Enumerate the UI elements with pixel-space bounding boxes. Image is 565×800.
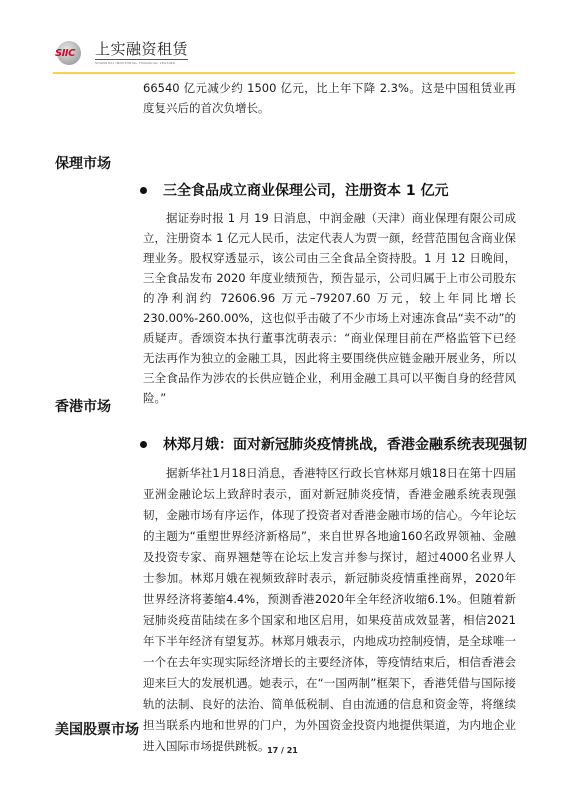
article-body-hongkong: 据新华社1月18日消息，香港特区行政长官林郑月娥18日在第十四届亚洲金融论坛上致… xyxy=(143,463,516,757)
intro-paragraph: 66540 亿元减少约 1500 亿元，比上年下降 2.3%。这是中国租赁业再度… xyxy=(143,78,516,118)
header-divider xyxy=(53,72,515,74)
headline-text: 林郑月娥：面对新冠肺炎疫情挑战，香港金融系统表现强韧 xyxy=(163,434,527,454)
headline-text: 三全食品成立商业保理公司，注册资本 1 亿元 xyxy=(163,180,449,200)
company-name-en: SHANGHAI INDUSTRIAL FINANCIAL LEASING xyxy=(95,61,188,65)
company-name-cn: 上实融资租赁 xyxy=(95,41,188,60)
article-body-factoring: 据证券时报 1 月 19 日消息，中润金融（天津）商业保理有限公司成立，注册资本… xyxy=(143,208,516,408)
section-title-factoring: 保理市场 xyxy=(55,153,111,173)
bullet-icon xyxy=(140,441,147,448)
company-logo: SIIC 上实融资租赁 SHANGHAI INDUSTRIAL FINANCIA… xyxy=(53,38,188,68)
bullet-icon xyxy=(140,187,147,194)
logo-wordmark: 上实融资租赁 SHANGHAI INDUSTRIAL FINANCIAL LEA… xyxy=(95,41,188,65)
article-headline-factoring: 三全食品成立商业保理公司，注册资本 1 亿元 xyxy=(143,180,449,200)
page-number: 17 / 21 xyxy=(0,746,565,755)
article-headline-hongkong: 林郑月娥：面对新冠肺炎疫情挑战，香港金融系统表现强韧 xyxy=(143,434,527,454)
siic-logo-icon: SIIC xyxy=(53,40,91,66)
logo-mark-text: SIIC xyxy=(55,48,75,59)
section-title-hongkong: 香港市场 xyxy=(55,396,111,416)
section-title-us-stocks: 美国股票市场 xyxy=(55,719,139,739)
